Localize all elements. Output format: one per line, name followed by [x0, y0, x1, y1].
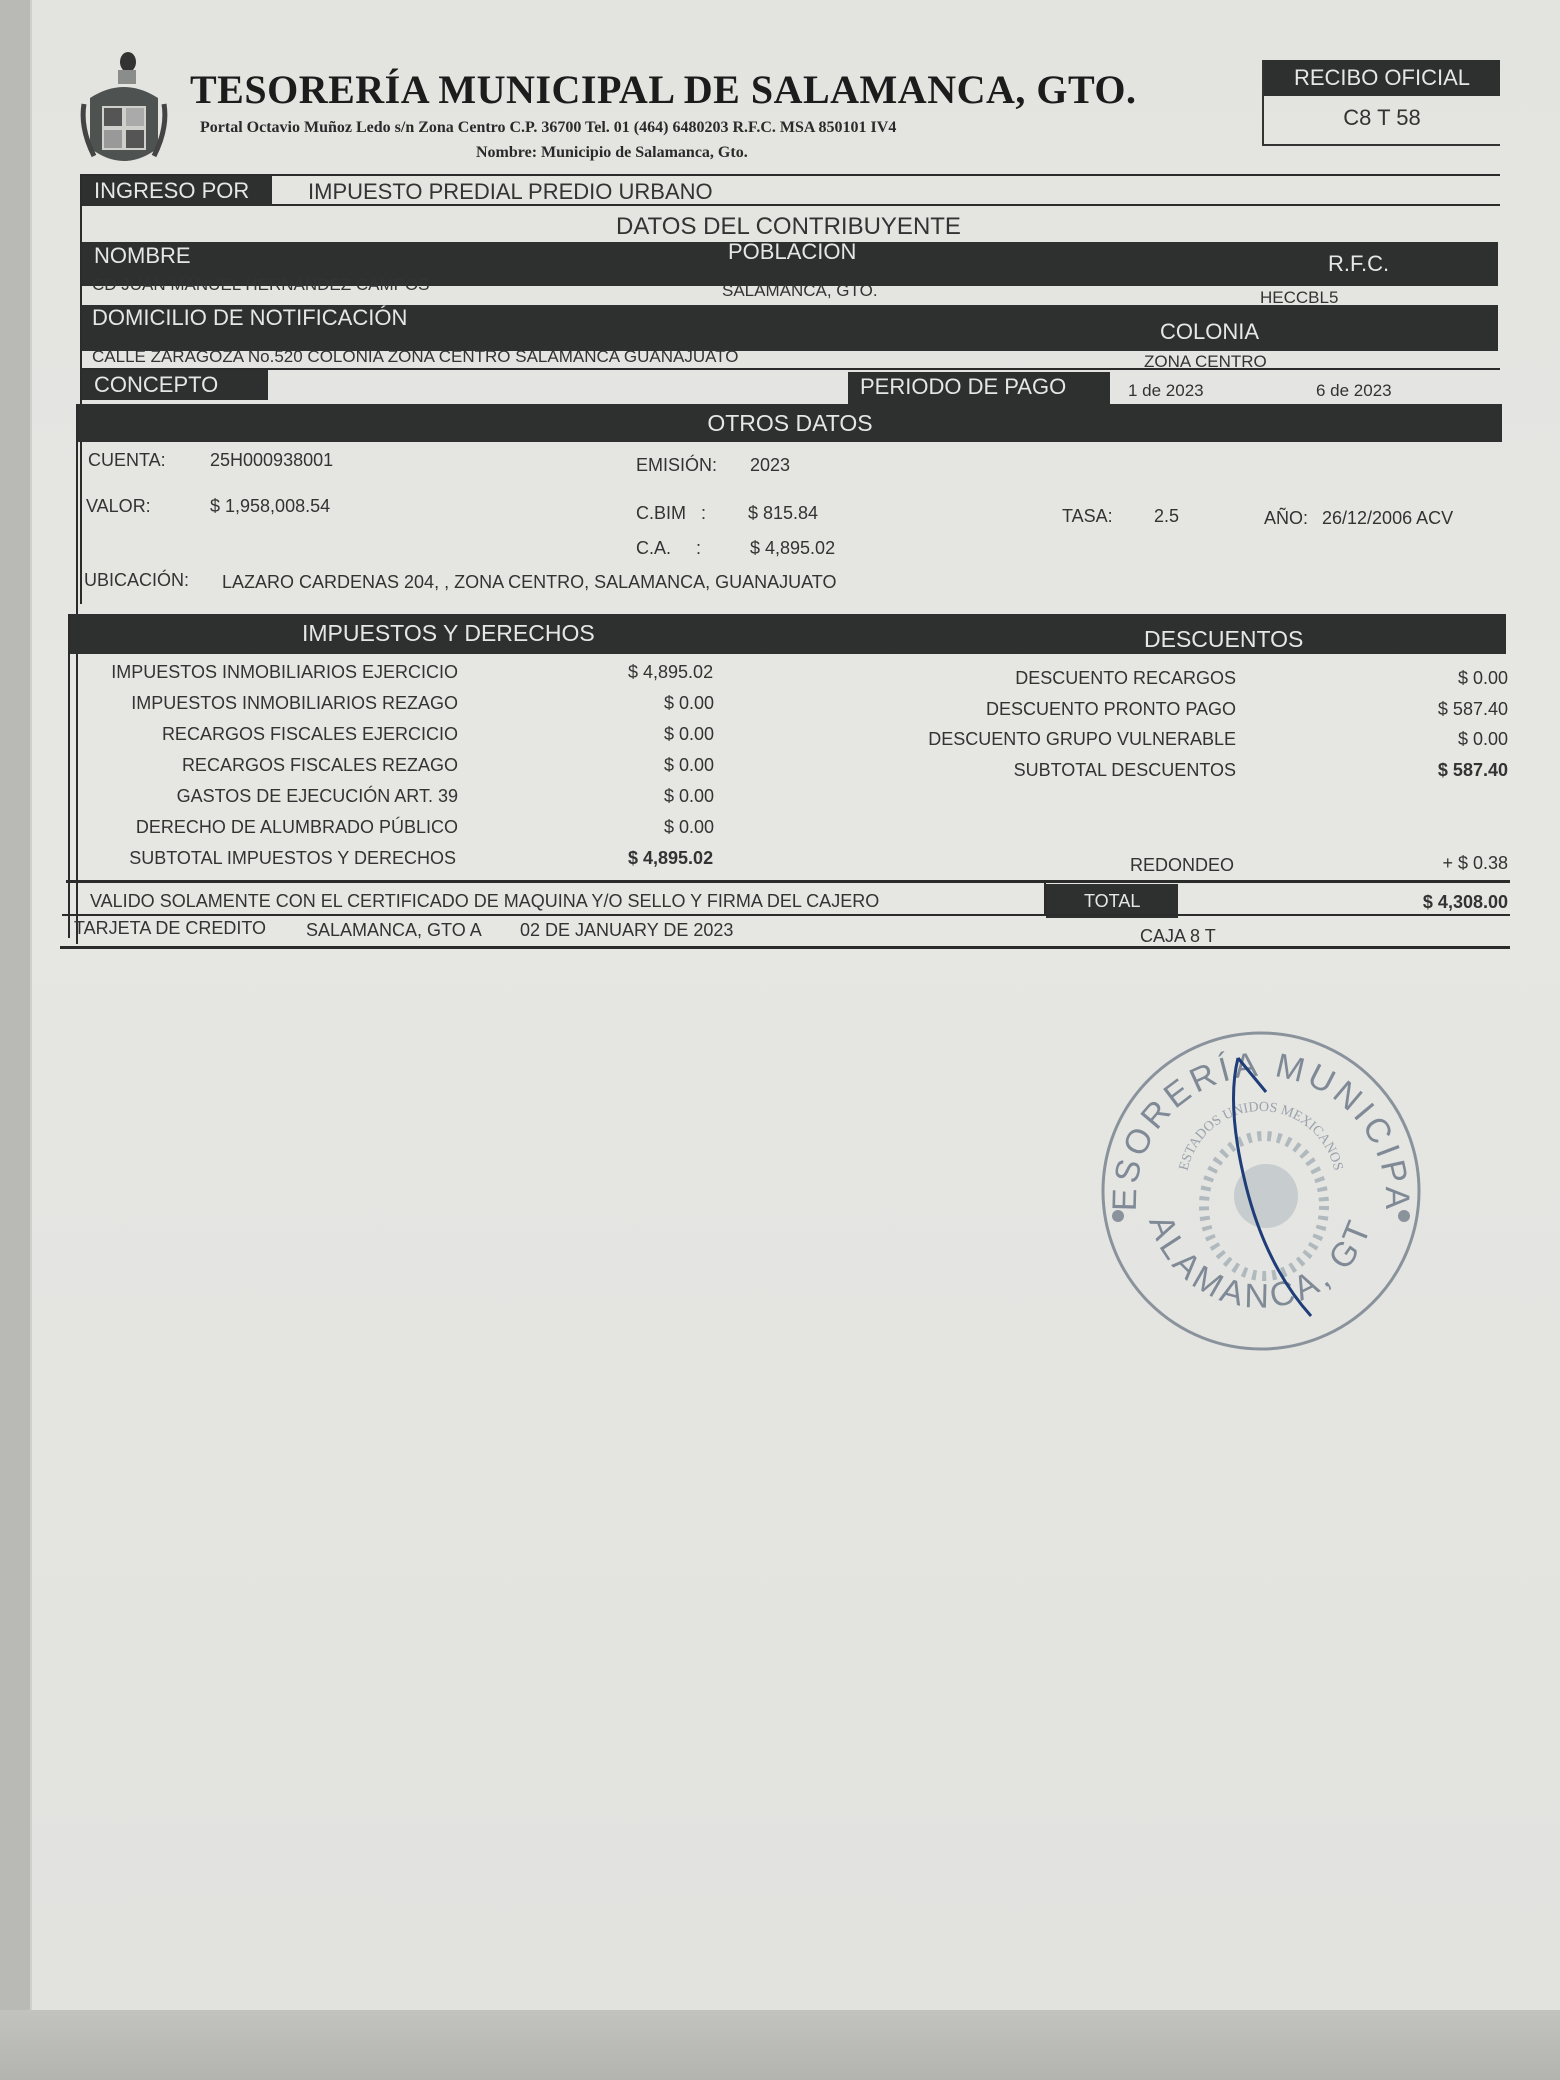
redondeo-value: + $ 0.38 — [1300, 853, 1508, 874]
emision-value: 2023 — [750, 455, 790, 476]
official-stamp-icon: TESORERÍA MUNICIPAL SALAMANCA, GTO ESTAD… — [1096, 1026, 1426, 1356]
domicilio-value: CALLE ZARAGOZA No.520 COLONIA ZONA CENTR… — [92, 347, 739, 367]
nombre-value: CD JUAN MANUEL HERNANDEZ CAMPOS — [92, 275, 430, 295]
validity-note: VALIDO SOLAMENTE CON EL CERTIFICADO DE M… — [90, 891, 879, 912]
subtotal-descuentos-label: SUBTOTAL DESCUENTOS — [880, 760, 1236, 781]
payment-date: 02 DE JANUARY DE 2023 — [520, 920, 733, 941]
tasa-value: 2.5 — [1154, 506, 1179, 527]
impuesto-item-amount: $ 0.00 — [664, 817, 714, 838]
impuesto-item-amount: $ 0.00 — [664, 755, 714, 776]
nombre-label: NOMBRE — [94, 244, 191, 268]
domicilio-label: DOMICILIO DE NOTIFICACIÓN — [92, 303, 407, 333]
descuento-item-label: DESCUENTO RECARGOS — [880, 668, 1236, 689]
valor-label: VALOR: — [86, 496, 151, 517]
impuesto-item-amount: $ 0.00 — [664, 724, 714, 745]
periodo-desde: 1 de 2023 — [1128, 381, 1204, 401]
total-label: TOTAL — [1046, 884, 1178, 918]
impuesto-item-amount: $ 0.00 — [664, 786, 714, 807]
receipt-number-box: RECIBO OFICIAL C8 T 58 — [1262, 60, 1500, 146]
tasa-label: TASA: — [1062, 506, 1113, 527]
descuento-item-label: DESCUENTO GRUPO VULNERABLE — [880, 729, 1236, 750]
domicilio-header-bar: DOMICILIO DE NOTIFICACIÓN COLONIA — [82, 305, 1498, 351]
redondeo-label: REDONDEO — [1130, 855, 1234, 876]
contribuyente-section-title: DATOS DEL CONTRIBUYENTE — [616, 213, 961, 241]
impuesto-item-label: GASTOS DE EJECUCIÓN ART. 39 — [70, 786, 458, 807]
rfc-label: R.F.C. — [1328, 252, 1389, 276]
cbim-value: $ 815.84 — [748, 503, 818, 524]
descuento-item-label: DESCUENTO PRONTO PAGO — [880, 699, 1236, 720]
descuentos-title: DESCUENTOS — [1144, 624, 1303, 654]
periodo-hasta: 6 de 2023 — [1316, 381, 1392, 401]
poblacion-value: SALAMANCA, GTO. — [722, 281, 878, 301]
ubicacion-value: LAZARO CARDENAS 204, , ZONA CENTRO, SALA… — [222, 572, 836, 593]
impuesto-item-label: IMPUESTOS INMOBILIARIOS REZAGO — [70, 693, 458, 714]
poblacion-label: POBLACIÓN — [728, 240, 856, 264]
background-surface — [0, 2010, 1560, 2080]
place-date-label: SALAMANCA, GTO A — [306, 920, 482, 941]
subtotal-descuentos-value: $ 587.40 — [1300, 760, 1508, 781]
impuesto-item-amount: $ 4,895.02 — [628, 662, 713, 683]
ingreso-label: INGRESO POR — [82, 176, 272, 206]
concepto-label: CONCEPTO — [82, 370, 268, 400]
subtotal-impuestos-label: SUBTOTAL IMPUESTOS Y DERECHOS — [70, 848, 456, 869]
impuesto-item-label: RECARGOS FISCALES REZAGO — [70, 755, 458, 776]
descuento-item-amount: $ 587.40 — [1300, 699, 1508, 720]
receipt-number: C8 T 58 — [1264, 96, 1500, 140]
colonia-label: COLONIA — [1160, 317, 1259, 347]
receipt-label: RECIBO OFICIAL — [1264, 60, 1500, 96]
anio-value: 26/12/2006 ACV — [1322, 508, 1453, 529]
emision-label: EMISIÓN: — [636, 455, 717, 476]
ca-label: C.A. : — [636, 538, 701, 559]
otros-datos-title: OTROS DATOS — [78, 404, 1502, 442]
municipal-crest-icon — [80, 48, 168, 176]
ca-value: $ 4,895.02 — [750, 538, 835, 559]
total-value: $ 4,308.00 — [1300, 892, 1508, 913]
valor-value: $ 1,958,008.54 — [210, 496, 330, 517]
subtotal-impuestos-value: $ 4,895.02 — [628, 848, 713, 869]
impuestos-title: IMPUESTOS Y DERECHOS — [302, 618, 595, 648]
ubicacion-label: UBICACIÓN: — [84, 570, 189, 591]
impuesto-item-label: RECARGOS FISCALES EJERCICIO — [70, 724, 458, 745]
descuento-item-amount: $ 0.00 — [1300, 668, 1508, 689]
impuesto-item-amount: $ 0.00 — [664, 693, 714, 714]
ingreso-value: IMPUESTO PREDIAL PREDIO URBANO — [308, 179, 713, 205]
anio-label: AÑO: — [1264, 508, 1308, 529]
treasury-title: TESORERÍA MUNICIPAL DE SALAMANCA, GTO. — [190, 66, 1137, 113]
payment-method: TARJETA DE CREDITO — [74, 918, 266, 939]
cuenta-value: 25H000938001 — [210, 450, 333, 471]
impuesto-item-label: IMPUESTOS INMOBILIARIOS EJERCICIO — [70, 662, 458, 683]
cuenta-label: CUENTA: — [88, 450, 166, 471]
caja-label: CAJA 8 T — [1140, 926, 1216, 947]
impuestos-descuentos-header: IMPUESTOS Y DERECHOS DESCUENTOS — [70, 614, 1506, 654]
descuento-item-amount: $ 0.00 — [1300, 729, 1508, 750]
periodo-label: PERIODO DE PAGO — [848, 372, 1110, 404]
treasury-address: Portal Octavio Muñoz Ledo s/n Zona Centr… — [200, 119, 896, 137]
cbim-label: C.BIM : — [636, 503, 706, 524]
municipality-name: Nombre: Municipio de Salamanca, Gto. — [476, 144, 748, 162]
impuesto-item-label: DERECHO DE ALUMBRADO PÚBLICO — [70, 817, 458, 838]
